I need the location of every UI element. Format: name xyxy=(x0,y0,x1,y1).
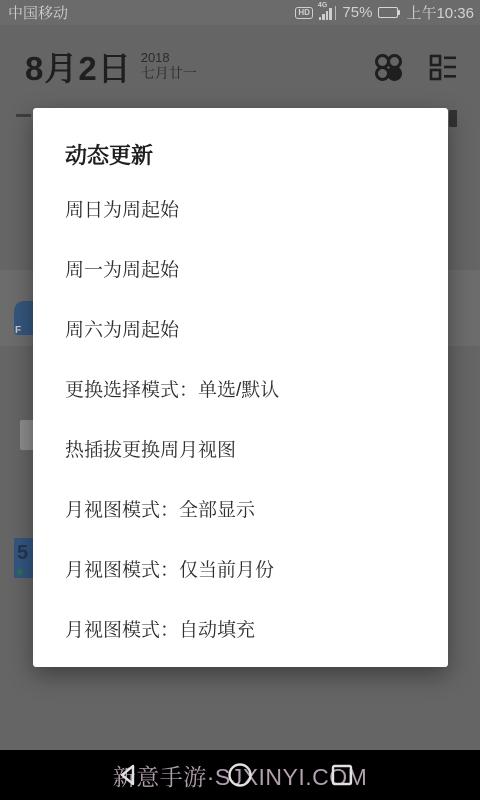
hd-icon: HD xyxy=(295,7,313,19)
nav-back-icon[interactable] xyxy=(117,763,141,787)
background-logo-fragment: F xyxy=(14,301,33,335)
battery-percent-label: 75% xyxy=(342,4,372,21)
dialog-item-2[interactable]: 周六为周起始 xyxy=(33,298,448,358)
calendar-header: 8月2日 2018 七月廿一 xyxy=(0,25,480,108)
dynamic-update-dialog: 动态更新 周日为周起始周一为周起始周六为周起始更换选择模式：单选/默认热插拔更换… xyxy=(33,108,448,667)
dialog-item-1[interactable]: 周一为周起始 xyxy=(33,238,448,298)
current-date-label: 8月2日 xyxy=(25,43,132,90)
date-sub-block: 2018 七月廿一 xyxy=(141,50,197,82)
signal-strength-icon: 4G xyxy=(319,5,337,20)
network-type-label: 4G xyxy=(318,2,327,9)
dialog-title: 动态更新 xyxy=(33,130,448,178)
background-tab-fragment xyxy=(16,114,31,117)
clock-label: 上午10:36 xyxy=(406,2,474,23)
dialog-item-5[interactable]: 月视图模式：全部显示 xyxy=(33,478,448,538)
theme-clover-icon[interactable] xyxy=(373,52,403,82)
background-tile-fragment: 5 xyxy=(14,538,33,578)
lunar-date-label: 七月廿一 xyxy=(141,65,197,82)
dialog-item-4[interactable]: 热插拔更换周月视图 xyxy=(33,418,448,478)
nav-home-icon[interactable] xyxy=(227,762,253,788)
nav-recents-icon[interactable] xyxy=(330,763,354,787)
year-label: 2018 xyxy=(141,50,197,65)
background-card-fragment xyxy=(20,420,33,450)
dialog-item-7[interactable]: 月视图模式：自动填充 xyxy=(33,598,448,658)
carrier-label: 中国移动 xyxy=(8,2,68,23)
date-block: 8月2日 2018 七月廿一 xyxy=(25,43,197,90)
dialog-item-6[interactable]: 月视图模式：仅当前月份 xyxy=(33,538,448,598)
list-view-icon[interactable] xyxy=(428,52,458,82)
status-indicators: HD 4G 75% 上午10:36 xyxy=(295,2,474,23)
dialog-item-0[interactable]: 周日为周起始 xyxy=(33,178,448,238)
dialog-item-3[interactable]: 更换选择模式：单选/默认 xyxy=(33,358,448,418)
battery-icon xyxy=(378,7,400,18)
background-today-button-fragment xyxy=(449,110,457,127)
dialog-item-list: 周日为周起始周一为周起始周六为周起始更换选择模式：单选/默认热插拔更换周月视图月… xyxy=(33,178,448,658)
status-bar: 中国移动 HD 4G 75% 上午10:36 xyxy=(0,0,480,25)
android-nav-bar: 新意手游·SJXINYI.COM xyxy=(0,750,480,800)
